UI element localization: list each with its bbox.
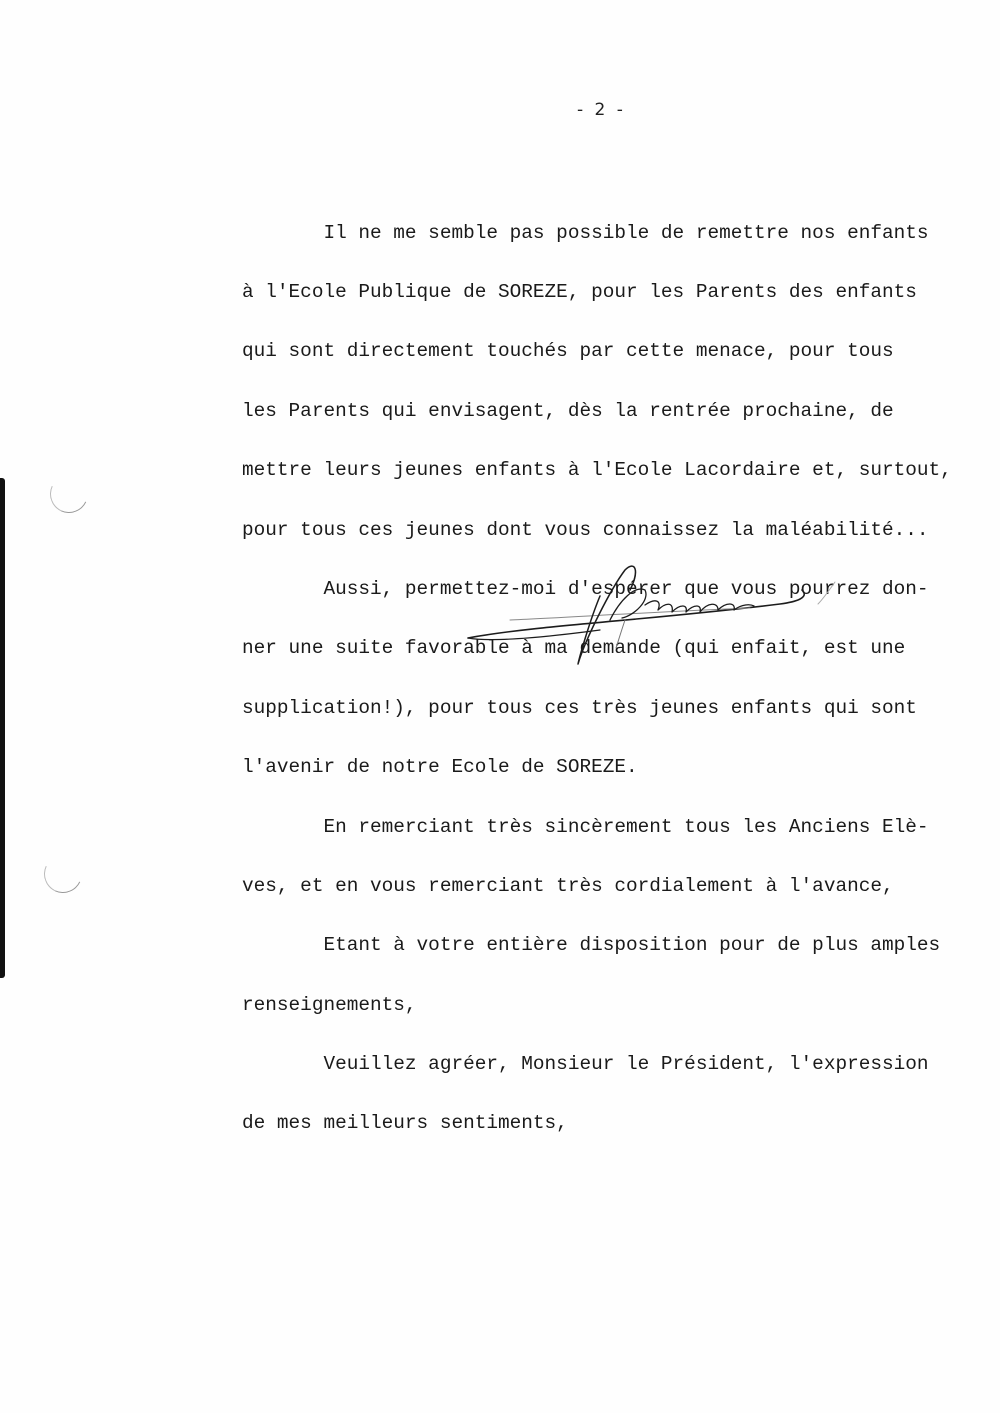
letter-line: supplication!), pour tous ces très jeune… xyxy=(242,699,1000,719)
scan-edge-shadow xyxy=(0,478,5,978)
letter-line: de mes meilleurs sentiments, xyxy=(242,1114,1000,1134)
letter-line: Il ne me semble pas possible de remettre… xyxy=(242,224,1000,244)
letter-line: renseignements, xyxy=(242,996,1000,1016)
letter-line: à l'Ecole Publique de SOREZE, pour les P… xyxy=(242,283,1000,303)
letter-line: les Parents qui envisagent, dès la rentr… xyxy=(242,402,1000,422)
letter-line: l'avenir de notre Ecole de SOREZE. xyxy=(242,758,1000,778)
letter-line: qui sont directement touchés par cette m… xyxy=(242,342,1000,362)
signature-icon xyxy=(450,560,850,680)
punch-hole-mark xyxy=(39,850,88,899)
punch-hole-mark xyxy=(45,470,94,519)
letter-line: ves, et en vous remerciant très cordiale… xyxy=(242,877,1000,897)
document-page: - 2 - Il ne me semble pas possible de re… xyxy=(0,0,1000,1413)
letter-line: Veuillez agréer, Monsieur le Président, … xyxy=(242,1055,1000,1075)
page-number: - 2 - xyxy=(577,100,626,120)
letter-line: En remerciant très sincèrement tous les … xyxy=(242,818,1000,838)
letter-line: Etant à votre entière disposition pour d… xyxy=(242,936,1000,956)
letter-line: mettre leurs jeunes enfants à l'Ecole La… xyxy=(242,461,1000,481)
letter-line: pour tous ces jeunes dont vous connaisse… xyxy=(242,521,1000,541)
